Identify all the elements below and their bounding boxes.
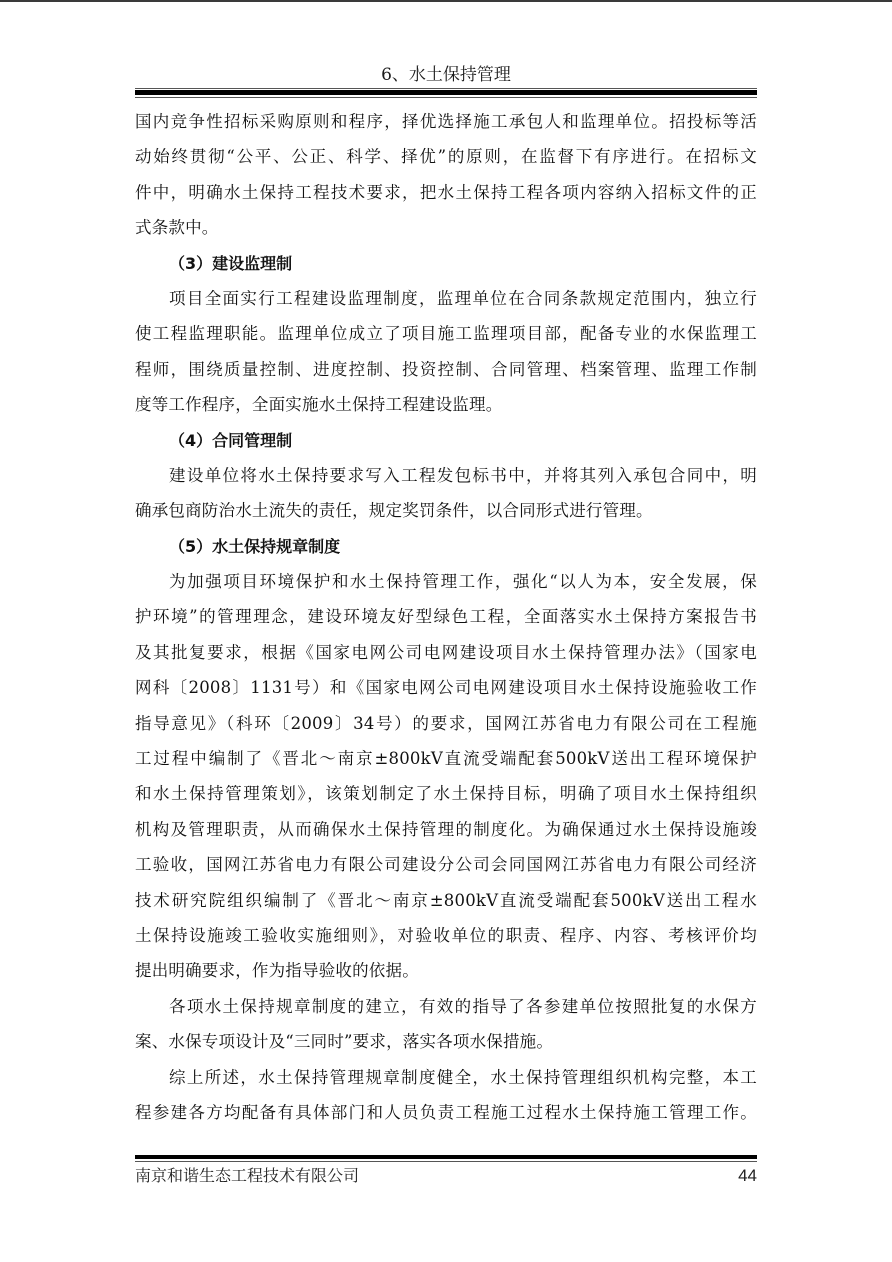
paragraph-supervision: 项目全面实行工程建设监理制度，监理单位在合同条款规定范围内，独立行 使工程监理职…	[135, 281, 757, 423]
paragraph-regulations: 为加强项目环境保护和水土保持管理工作，强化“以人为本，安全发展，保 护环境”的管…	[135, 564, 757, 989]
text-line: 和水土保持管理策划》，该策划制定了水土保持目标，明确了项目水土保持组织	[135, 776, 757, 811]
text-line: 国内竞争性招标采购原则和程序，择优选择施工承包人和监理单位。招投标等活	[135, 104, 757, 139]
body-text: 国内竞争性招标采购原则和程序，择优选择施工承包人和监理单位。招投标等活 动始终贯…	[135, 104, 757, 1130]
text-line: 程参建各方均配备有具体部门和人员负责工程施工过程水土保持施工管理工作。	[135, 1095, 757, 1130]
text-line: 案、水保专项设计及“三同时”要求，落实各项水保措施。	[135, 1024, 757, 1059]
header-rule-thick	[135, 90, 757, 95]
footer-company-name: 南京和谐生态工程技术有限公司	[135, 1164, 359, 1188]
text-line: 提出明确要求，作为指导验收的依据。	[135, 953, 757, 988]
page-number: 44	[738, 1164, 757, 1188]
text-line: 工验收，国网江苏省电力有限公司建设分公司会同国网江苏省电力有限公司经济	[135, 847, 757, 882]
text-line: 技术研究院组织编制了《晋北～南京±800kV直流受端配套500kV送出工程水	[135, 883, 757, 918]
text-line: 项目全面实行工程建设监理制度，监理单位在合同条款规定范围内，独立行	[135, 281, 757, 316]
paragraph-effectiveness: 各项水土保持规章制度的建立，有效的指导了各参建单位按照批复的水保方 案、水保专项…	[135, 989, 757, 1060]
text-line: 确承包商防治水土流失的责任，规定奖罚条件，以合同形式进行管理。	[135, 493, 757, 528]
paragraph-summary: 综上所述，水土保持管理规章制度健全，水土保持管理组织机构完整，本工 程参建各方均…	[135, 1060, 757, 1131]
header-rule-thin-bottom	[135, 97, 757, 98]
text-line: 指导意见》（科环〔2009〕34号）的要求，国网江苏省电力有限公司在工程施	[135, 706, 757, 741]
text-line: 各项水土保持规章制度的建立，有效的指导了各参建单位按照批复的水保方	[135, 989, 757, 1024]
section-heading-regulations: （5）水土保持规章制度	[135, 529, 757, 564]
text-line: 护环境”的管理理念，建设环境友好型绿色工程，全面落实水土保持方案报告书	[135, 599, 757, 634]
header-rule-thin-top	[135, 88, 757, 89]
text-line: 机构及管理职责，从而确保水土保持管理的制度化。为确保通过水土保持设施竣	[135, 812, 757, 847]
footer-rule-thin	[135, 1161, 757, 1162]
section-heading-contract: （4）合同管理制	[135, 423, 757, 458]
text-line: 使工程监理职能。监理单位成立了项目施工监理项目部，配备专业的水保监理工	[135, 316, 757, 351]
text-line: 网科〔2008〕1131号）和《国家电网公司电网建设项目水土保持设施验收工作	[135, 670, 757, 705]
text-line: 工过程中编制了《晋北～南京±800kV直流受端配套500kV送出工程环境保护	[135, 741, 757, 776]
text-line: 度等工作程序，全面实施水土保持工程建设监理。	[135, 387, 757, 422]
text-line: 式条款中。	[135, 210, 757, 245]
running-header-title: 6、水土保持管理	[135, 64, 757, 86]
paragraph-contract: 建设单位将水土保持要求写入工程发包标书中，并将其列入承包合同中，明 确承包商防治…	[135, 458, 757, 529]
text-line: 土保持设施竣工验收实施细则》，对验收单位的职责、程序、内容、考核评价均	[135, 918, 757, 953]
text-line: 件中，明确水土保持工程技术要求，把水土保持工程各项内容纳入招标文件的正	[135, 175, 757, 210]
paragraph-tendering: 国内竞争性招标采购原则和程序，择优选择施工承包人和监理单位。招投标等活 动始终贯…	[135, 104, 757, 246]
text-line: 建设单位将水土保持要求写入工程发包标书中，并将其列入承包合同中，明	[135, 458, 757, 493]
page-top-border	[0, 0, 892, 2]
section-heading-supervision: （3）建设监理制	[135, 246, 757, 281]
text-line: 综上所述，水土保持管理规章制度健全，水土保持管理组织机构完整，本工	[135, 1060, 757, 1095]
text-line: 动始终贯彻“公平、公正、科学、择优”的原则，在监督下有序进行。在招标文	[135, 139, 757, 174]
text-line: 程师，围绕质量控制、进度控制、投资控制、合同管理、档案管理、监理工作制	[135, 352, 757, 387]
footer-rule-thick	[135, 1155, 757, 1159]
text-line: 及其批复要求，根据《国家电网公司电网建设项目水土保持管理办法》（国家电	[135, 635, 757, 670]
text-line: 为加强项目环境保护和水土保持管理工作，强化“以人为本，安全发展，保	[135, 564, 757, 599]
